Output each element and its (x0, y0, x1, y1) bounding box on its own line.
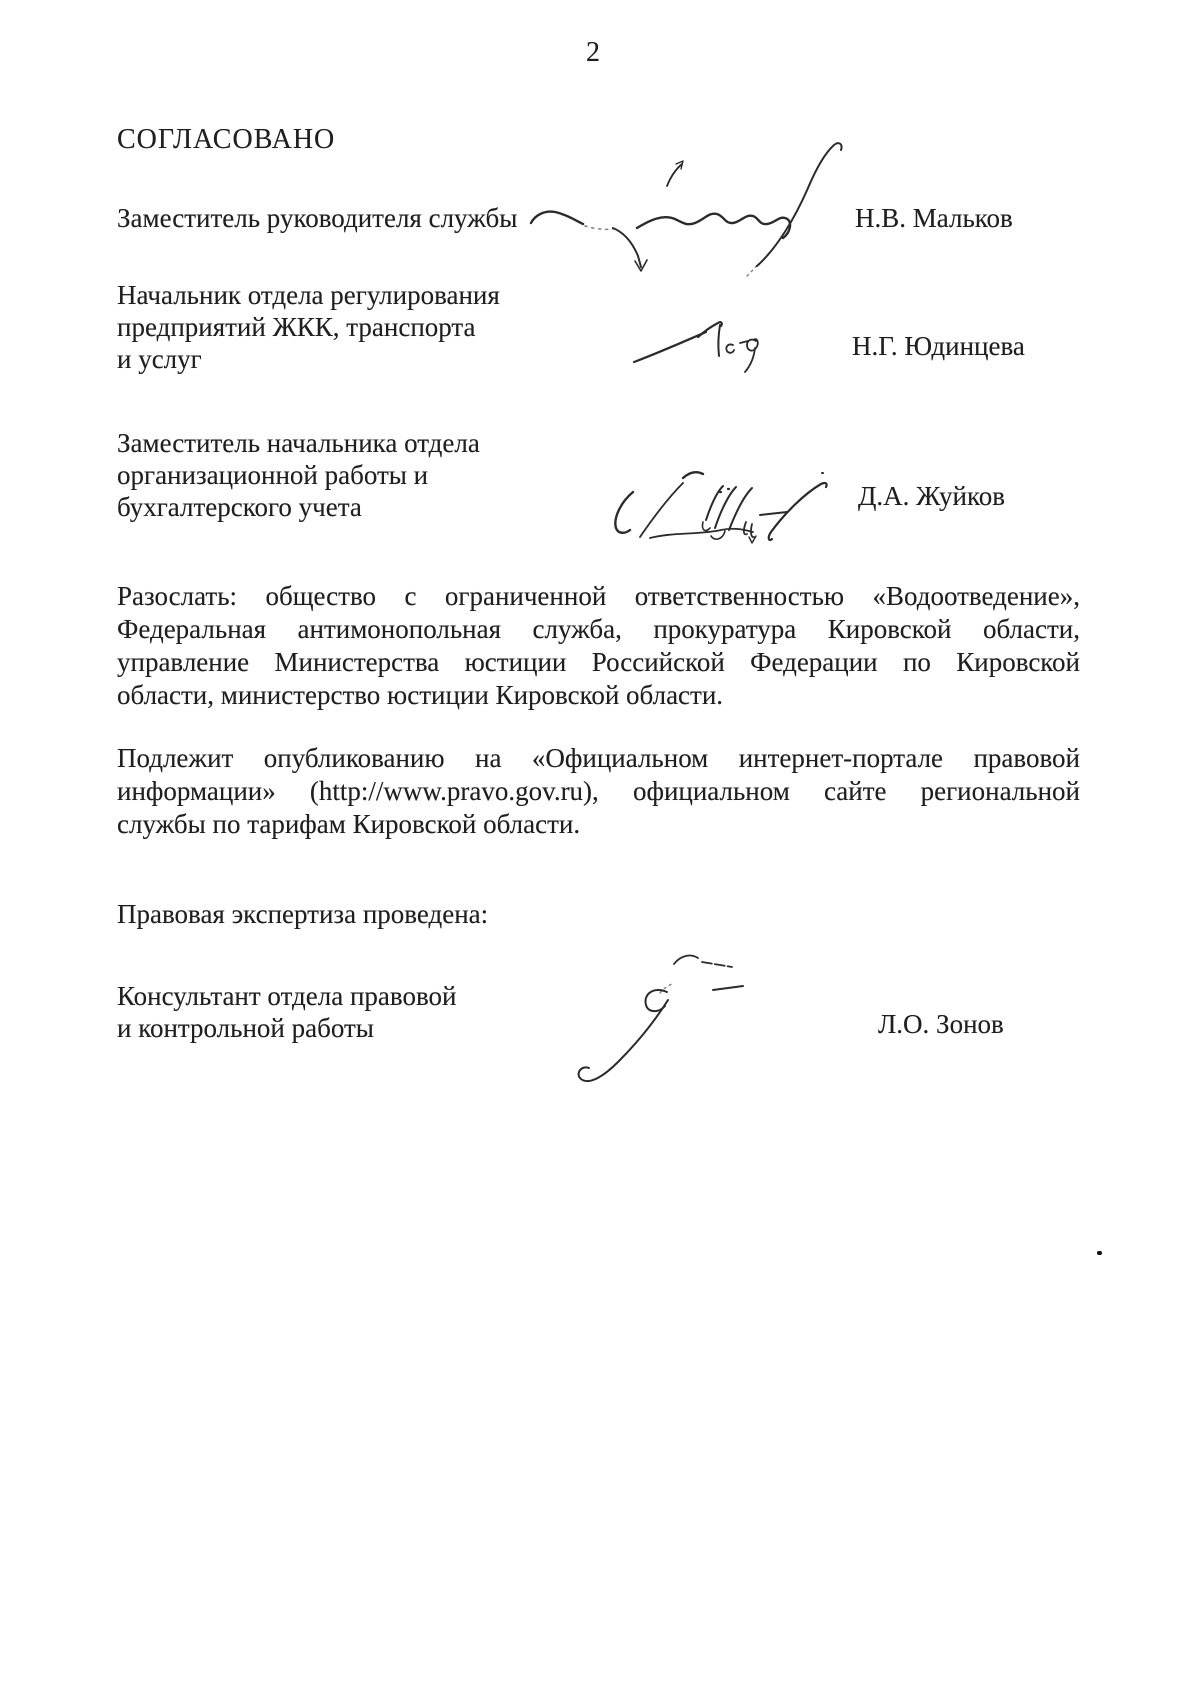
signer-1-name: Н.В. Мальков (855, 202, 1013, 234)
paragraph-line: Подлежит опубликованию на «Официальном и… (117, 742, 1080, 775)
legal-signer-name: Л.О. Зонов (878, 1008, 1004, 1040)
paragraph-line: области, министерство юстиции Кировской … (117, 679, 1080, 712)
paragraph-line: Разослать: общество с ограниченной ответ… (117, 580, 1080, 613)
signer-3-name: Д.А. Жуйков (858, 480, 1005, 512)
paragraph-line: информации» (http://www.pravo.gov.ru), о… (117, 775, 1080, 808)
signer-title-line: Консультант отдела правовой (117, 980, 456, 1012)
zonov-signature-icon (548, 945, 753, 1095)
malkov-signature-icon (525, 128, 845, 283)
paragraph-line: управление Министерства юстиции Российск… (117, 646, 1080, 679)
distribution-paragraph: Разослать: общество с ограниченной ответ… (117, 580, 1080, 712)
yudintseva-signature-icon (628, 315, 768, 380)
page-number: 2 (0, 38, 1186, 68)
legal-review-heading: Правовая экспертиза проведена: (117, 898, 488, 930)
signer-title-line: Заместитель руководителя службы (117, 202, 517, 234)
paragraph-line: Федеральная антимонопольная служба, прок… (117, 613, 1080, 646)
signer-title-line: бухгалтерского учета (117, 491, 480, 523)
signer-title-line: Начальник отдела регулирования (117, 279, 500, 311)
scan-artifact-dot (1097, 1251, 1102, 1255)
legal-signer-title: Консультант отдела правовой и контрольно… (117, 980, 456, 1044)
signer-1-title: Заместитель руководителя службы (117, 202, 517, 234)
signer-title-line: и услуг (117, 343, 500, 375)
signer-title-line: предприятий ЖКК, транспорта (117, 311, 500, 343)
signer-title-line: организационной работы и (117, 459, 480, 491)
signer-3-title: Заместитель начальника отдела организаци… (117, 427, 480, 523)
scanned-document-page: 2 СОГЛАСОВАНО Заместитель руководителя с… (0, 0, 1200, 1697)
signer-title-line: Заместитель начальника отдела (117, 427, 480, 459)
signer-2-title: Начальник отдела регулирования предприят… (117, 279, 500, 375)
approval-heading: СОГЛАСОВАНО (117, 124, 335, 156)
signer-title-line: и контрольной работы (117, 1012, 456, 1044)
signer-2-name: Н.Г. Юдинцева (852, 330, 1025, 362)
paragraph-line: службы по тарифам Кировской области. (117, 808, 1080, 841)
zhuikov-signature-icon (603, 460, 853, 550)
publication-paragraph: Подлежит опубликованию на «Официальном и… (117, 742, 1080, 841)
